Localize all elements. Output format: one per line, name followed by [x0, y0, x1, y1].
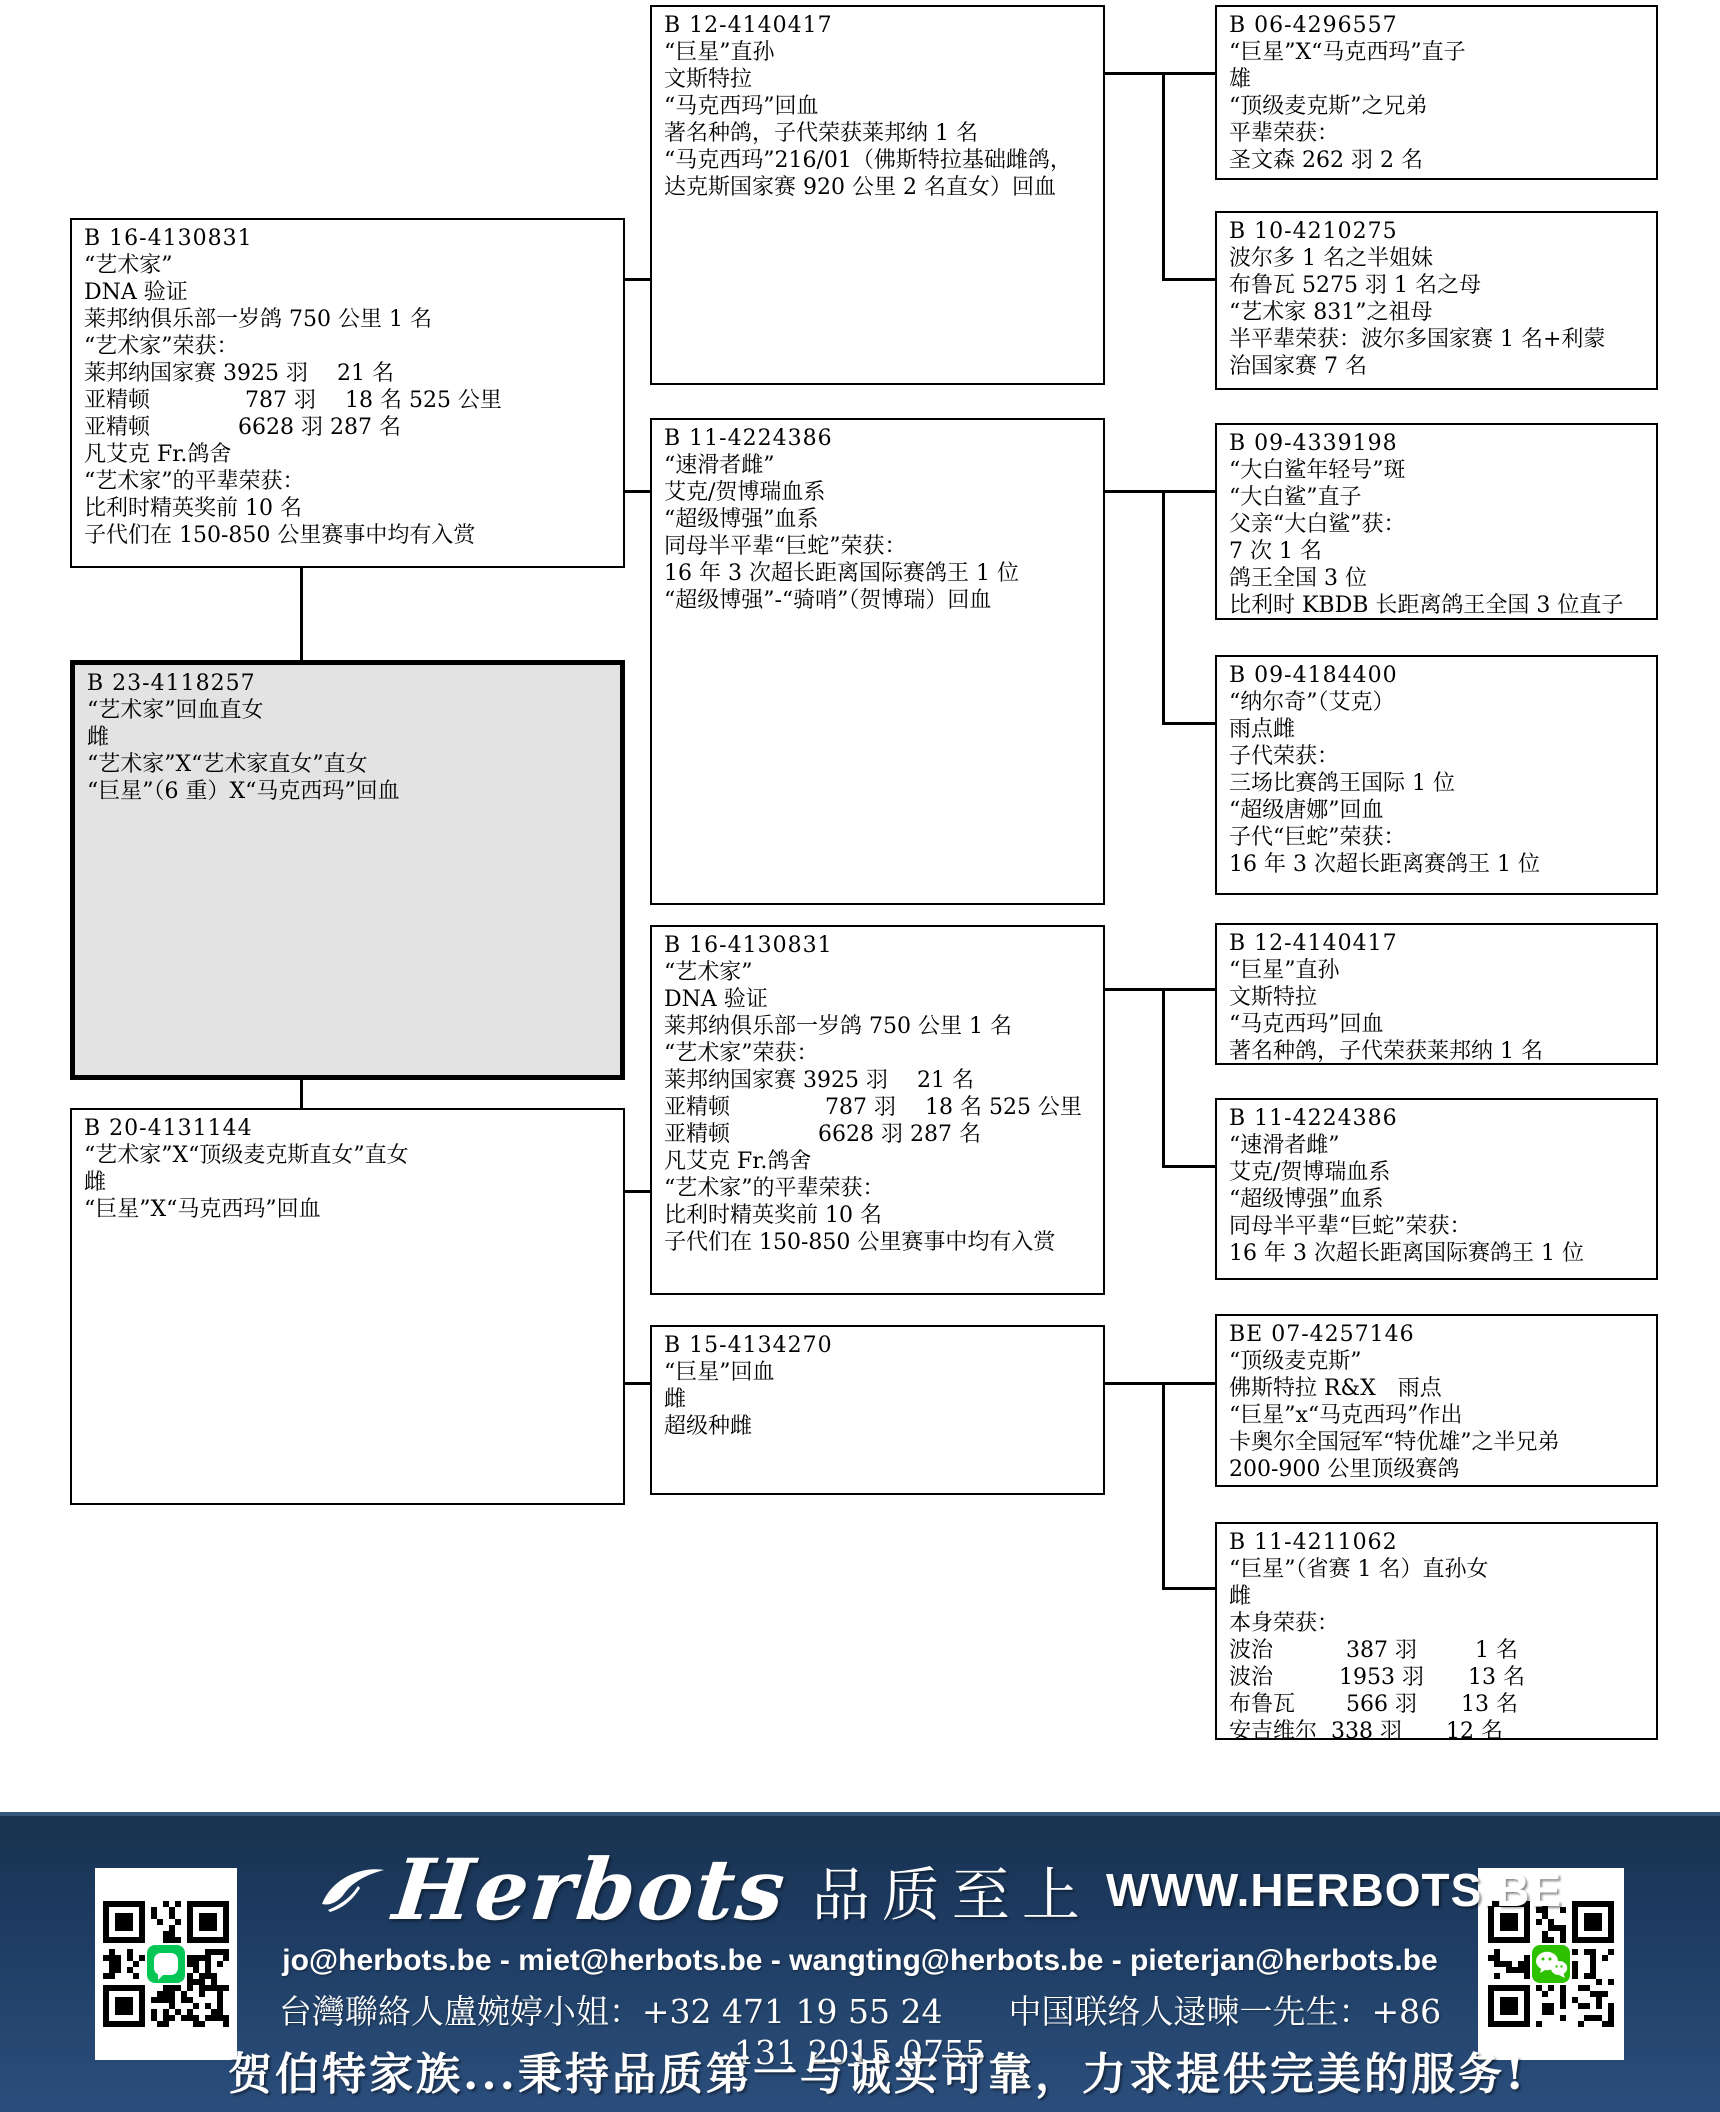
email-addresses: jo@herbots.be - miet@herbots.be - wangti…: [250, 1944, 1470, 1978]
box-details: 波尔多 1 名之半姐妹 布鲁瓦 5275 羽 1 名之母 “艺术家 831”之祖…: [1229, 245, 1646, 380]
herbots-logo: Herbots: [389, 1840, 791, 1940]
pedigree-box-mother: B 20-4131144 “艺术家”X“顶级麦克斯直女”直女 雌 “巨星”X“马…: [70, 1108, 625, 1505]
ring-number: B 11-4211062: [1229, 1529, 1646, 1556]
connector-line: [1162, 490, 1165, 725]
line-qr-code: [95, 1868, 237, 2060]
ring-number: B 10-4210275: [1229, 218, 1646, 245]
ring-number: B 11-4224386: [1229, 1105, 1646, 1132]
pedigree-box-grandsire-maternal: B 16-4130831 “艺术家” DNA 验证 莱邦纳俱乐部一岁鸽 750 …: [650, 925, 1105, 1295]
connector-line: [1162, 1165, 1217, 1168]
brand-row: Herbots 品质至上 WWW.HERBOTS.BE: [318, 1840, 1562, 1940]
connector-line: [300, 1080, 303, 1108]
pedigree-box-ggp4: B 09-4184400 “纳尔奇”（艾克） 雨点雌 子代荣获： 三场比赛鸽王国…: [1215, 655, 1658, 895]
box-details: “艺术家” DNA 验证 莱邦纳俱乐部一岁鸽 750 公里 1 名 “艺术家”荣…: [84, 252, 613, 549]
box-details: “顶级麦克斯” 佛斯特拉 R&X 雨点 “巨星”x“马克西玛”作出 卡奥尔全国冠…: [1229, 1348, 1646, 1483]
connector-line: [1162, 1587, 1217, 1590]
ring-number: B 09-4184400: [1229, 662, 1646, 689]
pedigree-box-father: B 16-4130831 “艺术家” DNA 验证 莱邦纳俱乐部一岁鸽 750 …: [70, 218, 625, 568]
box-details: “速滑者雌” 艾克/贺博瑞血系 “超级博强”血系 同母半平辈“巨蛇”荣获： 16…: [664, 452, 1093, 614]
pedigree-box-granddam-maternal: B 15-4134270 “巨星”回血 雌 超级种雌: [650, 1325, 1105, 1495]
connector-line: [1103, 72, 1217, 75]
connector-line: [1162, 72, 1165, 281]
footer-tagline: 贺伯特家族...秉持品质第一与诚实可靠，力求提供完美的服务!: [228, 2038, 1527, 2102]
connector-line: [623, 278, 652, 281]
connector-line: [1162, 278, 1217, 281]
box-details: “纳尔奇”（艾克） 雨点雌 子代荣获： 三场比赛鸽王国际 1 位 “超级唐娜”回…: [1229, 689, 1646, 878]
ring-number: B 20-4131144: [84, 1115, 613, 1142]
box-details: “艺术家” DNA 验证 莱邦纳俱乐部一岁鸽 750 公里 1 名 “艺术家”荣…: [664, 959, 1093, 1256]
connector-line: [300, 568, 303, 660]
pedigree-box-ggp3: B 09-4339198 “大白鲨年轻号”斑 “大白鲨”直子 父亲“大白鲨”获：…: [1215, 423, 1658, 620]
ring-number: B 09-4339198: [1229, 430, 1646, 457]
ring-number: B 23-4118257: [87, 670, 610, 697]
connector-line: [623, 1382, 652, 1385]
pedigree-box-ggp8: B 11-4211062 “巨星”（省赛 1 名）直孙女 雌 本身荣获： 波治 …: [1215, 1522, 1658, 1740]
box-details: “巨星”回血 雌 超级种雌: [664, 1359, 1093, 1440]
ring-number: B 11-4224386: [664, 425, 1093, 452]
pedigree-box-ggp1: B 06-4296557 “巨星”X“马克西玛”直子 雄 “顶级麦克斯”之兄弟 …: [1215, 5, 1658, 180]
connector-line: [1162, 1382, 1165, 1590]
box-details: “大白鲨年轻号”斑 “大白鲨”直子 父亲“大白鲨”获： 7 次 1 名 鸽王全国…: [1229, 457, 1646, 619]
box-details: “巨星”直孙 文斯特拉 “马克西玛”回血 著名种鸽，子代荣获莱邦纳 1 名: [1229, 957, 1646, 1065]
pedigree-box-ggp5: B 12-4140417 “巨星”直孙 文斯特拉 “马克西玛”回血 著名种鸽，子…: [1215, 923, 1658, 1065]
connector-line: [1103, 1382, 1217, 1385]
connector-line: [623, 490, 652, 493]
box-details: “速滑者雌” 艾克/贺博瑞血系 “超级博强”血系 同母半平辈“巨蛇”荣获： 16…: [1229, 1132, 1646, 1267]
pedigree-box-ggp7: BE 07-4257146 “顶级麦克斯” 佛斯特拉 R&X 雨点 “巨星”x“…: [1215, 1314, 1658, 1487]
box-details: “巨星”（省赛 1 名）直孙女 雌 本身荣获： 波治 387 羽 1 名 波治 …: [1229, 1556, 1646, 1745]
ring-number: B 12-4140417: [1229, 930, 1646, 957]
pedigree-box-ggp2: B 10-4210275 波尔多 1 名之半姐妹 布鲁瓦 5275 羽 1 名之…: [1215, 211, 1658, 390]
connector-line: [1103, 490, 1217, 493]
ring-number: B 15-4134270: [664, 1332, 1093, 1359]
ring-number: BE 07-4257146: [1229, 1321, 1646, 1348]
wechat-icon: [1532, 1945, 1570, 1983]
box-details: “巨星”直孙 文斯特拉 “马克西玛”回血 著名种鸽，子代荣获莱邦纳 1 名 “马…: [664, 39, 1093, 201]
ring-number: B 12-4140417: [664, 12, 1093, 39]
pedigree-box-granddam-paternal: B 11-4224386 “速滑者雌” 艾克/贺博瑞血系 “超级博强”血系 同母…: [650, 418, 1105, 905]
connector-line: [623, 1190, 652, 1193]
footer-slogan: 品质至上: [812, 1848, 1092, 1932]
box-details: “巨星”X“马克西玛”直子 雄 “顶级麦克斯”之兄弟 平辈荣获： 圣文森 262…: [1229, 39, 1646, 174]
connector-line: [1162, 722, 1217, 725]
connector-line: [1103, 988, 1217, 991]
feather-icon: [318, 1864, 388, 1916]
box-details: “艺术家”回血直女 雌 “艺术家”X“艺术家直女”直女 “巨星”（6 重）X“马…: [87, 697, 610, 805]
ring-number: B 16-4130831: [664, 932, 1093, 959]
connector-line: [1162, 988, 1165, 1168]
line-icon: [147, 1945, 185, 1983]
pedigree-box-grandsire-paternal: B 12-4140417 “巨星”直孙 文斯特拉 “马克西玛”回血 著名种鸽，子…: [650, 5, 1105, 385]
pedigree-page: B 16-4130831 “艺术家” DNA 验证 莱邦纳俱乐部一岁鸽 750 …: [0, 0, 1720, 2112]
box-details: “艺术家”X“顶级麦克斯直女”直女 雌 “巨星”X“马克西玛”回血: [84, 1142, 613, 1223]
ring-number: B 06-4296557: [1229, 12, 1646, 39]
website-url: WWW.HERBOTS.BE: [1106, 1863, 1562, 1917]
ring-number: B 16-4130831: [84, 225, 613, 252]
pedigree-box-ggp6: B 11-4224386 “速滑者雌” 艾克/贺博瑞血系 “超级博强”血系 同母…: [1215, 1098, 1658, 1280]
pedigree-box-subject: B 23-4118257 “艺术家”回血直女 雌 “艺术家”X“艺术家直女”直女…: [70, 660, 625, 1080]
footer-banner: Herbots 品质至上 WWW.HERBOTS.BE jo@herbots.b…: [0, 1812, 1720, 2112]
